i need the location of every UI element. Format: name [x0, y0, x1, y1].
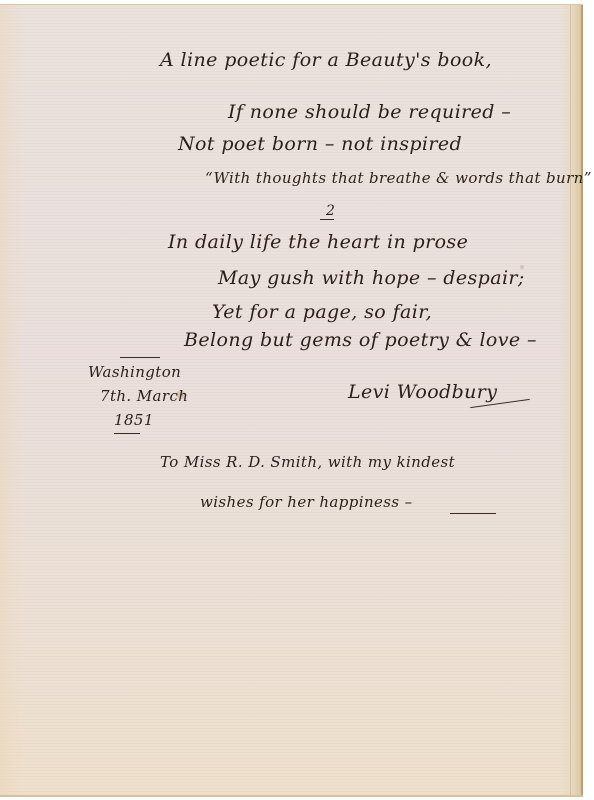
poem-line: “With thoughts that breathe & words that… — [205, 169, 594, 187]
dateline-date: 7th. March — [100, 387, 188, 405]
poem-line: In daily life the heart in prose — [168, 231, 468, 253]
dateline-place: Washington — [88, 363, 181, 381]
poem-line: May gush with hope – despair; — [218, 267, 525, 289]
dateline-flourish — [120, 357, 160, 358]
dedication-flourish — [450, 513, 496, 514]
manuscript-page: ​ A line poetic for a Beauty's book, If … — [0, 4, 583, 797]
stanza-number: 2 — [326, 203, 335, 219]
poem-line: If none should be required – — [228, 101, 511, 123]
dateline-year: 1851 — [114, 411, 154, 429]
poem-line: Not poet born – not inspired — [178, 133, 462, 155]
poem-line: Belong but gems of poetry & love – — [184, 329, 537, 351]
year-underline — [114, 433, 140, 434]
embossed-watermark: ​ — [230, 555, 400, 595]
poem-line: Yet for a page, so fair, — [212, 301, 432, 323]
poem-line: A line poetic for a Beauty's book, — [160, 49, 492, 71]
page-edge — [559, 5, 583, 795]
signature: Levi Woodbury — [348, 381, 497, 403]
stanza-number-underline — [320, 219, 334, 220]
dedication-line: wishes for her happiness – — [200, 493, 413, 511]
dedication-line: To Miss R. D. Smith, with my kindest — [160, 453, 455, 471]
